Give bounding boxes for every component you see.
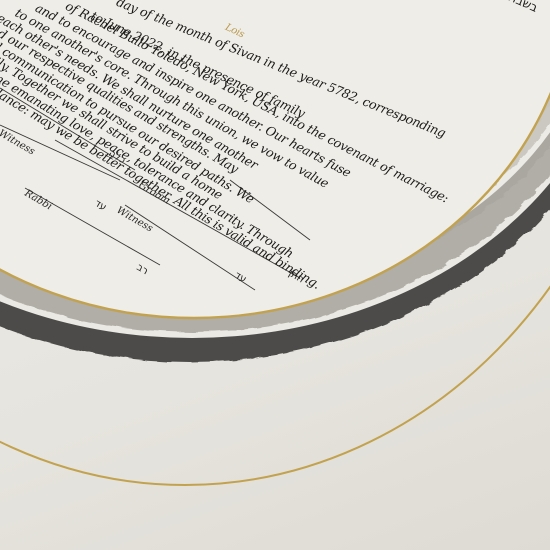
ketubah-border-art [0,0,550,550]
